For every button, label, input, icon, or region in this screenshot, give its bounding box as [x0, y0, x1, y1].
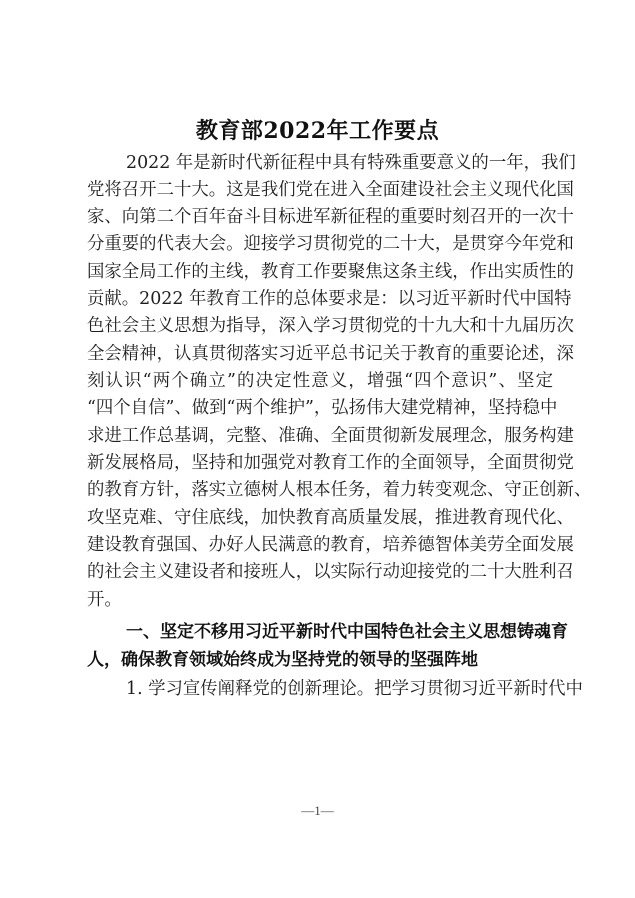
- paragraph-line: 2022 年是新时代新征程中具有特殊重要意义的一年，我们: [126, 150, 553, 177]
- paragraph-line: 刻认识“两个确立”的决定性意义，增强“四个意识”、坚定: [87, 368, 553, 395]
- document-title: 教育部2022年工作要点: [0, 116, 635, 146]
- item-line: 1. 学习宣传阐释党的创新理论。把学习贯彻习近平新时代中: [126, 676, 553, 703]
- paragraph-line: 攻坚克难、守住底线，加快教育高质量发展，推进教育现代化、: [87, 505, 553, 532]
- paragraph-line: 建设教育强国、办好人民满意的教育，培养德智体美劳全面发展: [87, 532, 553, 559]
- paragraph-line: 家、向第二个百年奋斗目标进军新征程的重要时刻召开的一次十: [87, 204, 553, 231]
- paragraph-line: 党将召开二十大。这是我们党在进入全面建设社会主义现代化国: [87, 177, 553, 204]
- section-heading-line: 一、坚定不移用习近平新时代中国特色社会主义思想铸魂育: [126, 619, 553, 646]
- section-heading-line: 人，确保教育领域始终成为坚持党的领导的坚强阵地: [87, 647, 553, 674]
- paragraph-line: 全会精神，认真贯彻落实习近平总书记关于教育的重要论述，深: [87, 341, 553, 368]
- paragraph-line: 色社会主义思想为指导，深入学习贯彻党的十九大和十九届历次: [87, 313, 553, 340]
- paragraph-line: 开。: [87, 587, 553, 614]
- paragraph-line: 求进工作总基调，完整、准确、全面贯彻新发展理念，服务构建: [87, 423, 553, 450]
- paragraph-line: “四个自信”、做到“两个维护”，弘扬伟大建党精神，坚持稳中: [87, 395, 553, 422]
- document-page: 教育部2022年工作要点 2022 年是新时代新征程中具有特殊重要意义的一年，我…: [0, 0, 635, 898]
- paragraph-line: 贡献。2022 年教育工作的总体要求是：以习近平新时代中国特: [87, 286, 553, 313]
- paragraph-line: 的社会主义建设者和接班人，以实际行动迎接党的二十大胜利召: [87, 559, 553, 586]
- paragraph-line: 国家全局工作的主线，教育工作要聚焦这条主线，作出实质性的: [87, 259, 553, 286]
- paragraph-line: 的教育方针，落实立德树人根本任务，着力转变观念、守正创新、: [87, 477, 553, 504]
- page-number: —1—: [0, 803, 635, 819]
- paragraph-line: 新发展格局，坚持和加强党对教育工作的全面领导，全面贯彻党: [87, 450, 553, 477]
- paragraph-line: 分重要的代表大会。迎接学习贯彻党的二十大，是贯穿今年党和: [87, 231, 553, 258]
